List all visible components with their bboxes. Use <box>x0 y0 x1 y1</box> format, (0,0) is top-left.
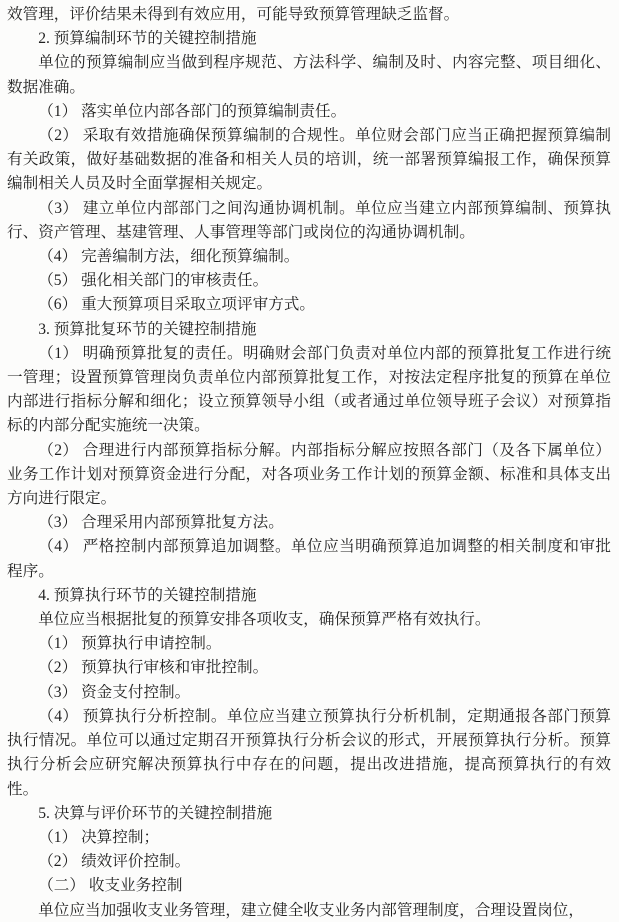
list-item: （1） 落实单位内部各部门的预算编制责任。 <box>7 100 611 124</box>
paragraph: 单位应当加强收支业务管理，建立健全收支业务内部管理制度，合理设置岗位， <box>7 899 611 922</box>
list-item: （4） 严格控制内部预算追加调整。单位应当明确预算追加调整的相关制度和审批程序。 <box>7 535 611 583</box>
paragraph-continuation: 效管理，评价结果未得到有效应用，可能导致预算管理缺乏监督。 <box>7 3 611 27</box>
list-item: （5） 强化相关部门的审核责任。 <box>7 269 611 293</box>
section-heading-final-accounts-evaluation: 5. 决算与评价环节的关键控制措施 <box>7 802 611 826</box>
list-item: （6） 重大预算项目采取立项评审方式。 <box>7 293 611 317</box>
list-item: （1） 决算控制； <box>7 826 611 850</box>
paragraph: 单位的预算编制应当做到程序规范、方法科学、编制及时、内容完整、项目细化、数据准确… <box>7 51 611 99</box>
list-item: （2） 采取有效措施确保预算编制的合规性。单位财会部门应当正确把握预算编制有关政… <box>7 124 611 197</box>
list-item: （3） 合理采用内部预算批复方法。 <box>7 511 611 535</box>
list-item: （2） 合理进行内部预算指标分解。内部指标分解应按照各部门（及各下属单位）业务工… <box>7 439 611 512</box>
list-item: （4） 完善编制方法，细化预算编制。 <box>7 245 611 269</box>
paragraph: 单位应当根据批复的预算安排各项收支，确保预算严格有效执行。 <box>7 608 611 632</box>
section-heading-budget-approval: 3. 预算批复环节的关键控制措施 <box>7 318 611 342</box>
section-heading-budget-execution: 4. 预算执行环节的关键控制措施 <box>7 584 611 608</box>
list-item: （2） 预算执行审核和审批控制。 <box>7 656 611 680</box>
list-item: （3） 资金支付控制。 <box>7 681 611 705</box>
list-item: （2） 绩效评价控制。 <box>7 850 611 874</box>
list-item: （1） 预算执行申请控制。 <box>7 632 611 656</box>
document-page: 效管理，评价结果未得到有效应用，可能导致预算管理缺乏监督。 2. 预算编制环节的… <box>0 0 619 922</box>
list-item: （4） 预算执行分析控制。单位应当建立预算执行分析机制，定期通报各部门预算执行情… <box>7 705 611 802</box>
list-item: （3） 建立单位内部部门之间沟通协调机制。单位应当建立内部预算编制、预算执行、资… <box>7 197 611 245</box>
subsection-heading-revenue-expenditure-control: （二） 收支业务控制 <box>7 874 611 898</box>
list-item: （1） 明确预算批复的责任。明确财会部门负责对单位内部的预算批复工作进行统一管理… <box>7 342 611 439</box>
section-heading-budget-preparation: 2. 预算编制环节的关键控制措施 <box>7 27 611 51</box>
